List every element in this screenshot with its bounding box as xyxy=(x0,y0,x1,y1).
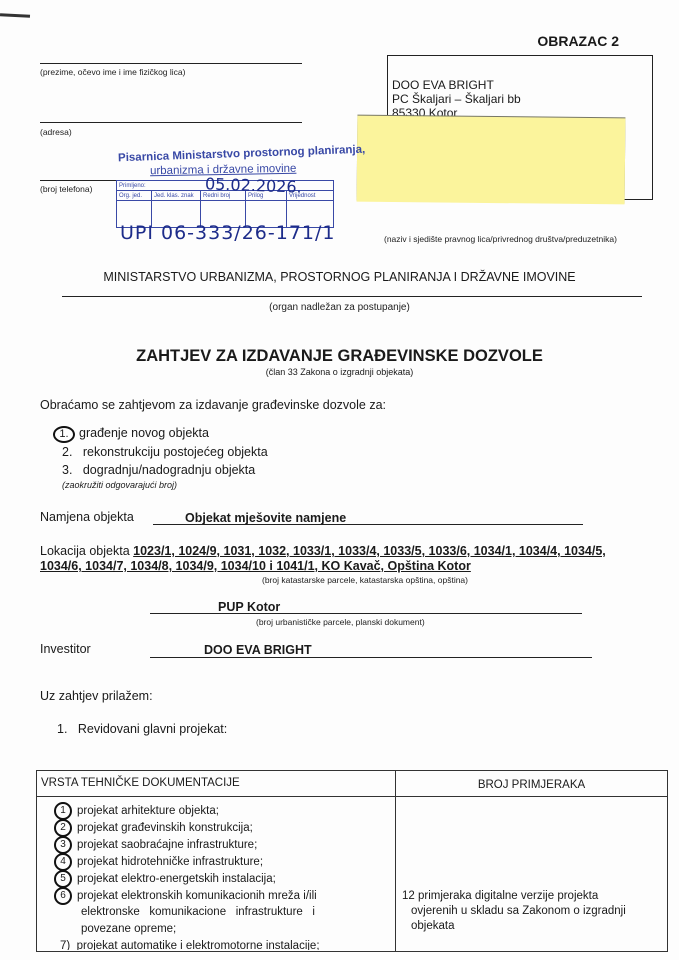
stamp-received-date: 05.02.2026. xyxy=(205,174,302,196)
company-address: DOO EVA BRIGHT PC Škaljari – Škaljari bb… xyxy=(392,78,521,120)
stamp-col-org: Org. jed. xyxy=(117,191,152,201)
copies-line2: ovjerenih u skladu sa Zakonom o izgradnj… xyxy=(402,904,661,919)
company-street: PC Škaljari – Škaljari bb xyxy=(392,92,521,106)
documentation-table: VRSTA TEHNIČKE DOKUMENTACIJE BROJ PRIMJE… xyxy=(36,770,668,952)
investor-value: DOO EVA BRIGHT xyxy=(204,643,312,657)
doc-item-5: 5projekat elektro-energetskih instalacij… xyxy=(38,870,389,887)
location-label: Lokacija objekta xyxy=(40,544,130,558)
doc-item-1: 1projekat arhitekture objekta; xyxy=(38,802,389,819)
doc-item-2: 2projekat građevinskih konstrukcija; xyxy=(38,819,389,836)
option-1-selected-circle: 1. xyxy=(53,426,75,443)
doc-item-7: 7) projekat automatike i elektromotorne … xyxy=(38,938,389,950)
circle-4-icon: 4 xyxy=(54,853,72,871)
address-caption: (adresa) xyxy=(40,127,72,137)
name-line xyxy=(40,63,302,64)
doc-item-6-cont1: elektronske komunikacione infrastrukture… xyxy=(38,904,389,921)
stamp-office-line1: Pisarnica Ministarstvo prostornog planir… xyxy=(118,144,366,165)
doc-item-4-label: projekat hidrotehničke infrastrukture; xyxy=(77,856,263,868)
investor-label: Investitor xyxy=(40,642,91,656)
legal-entity-caption: (naziv i sjedište pravnog lica/privredno… xyxy=(384,234,617,244)
option-2-num: 2. xyxy=(62,445,72,459)
header-doc-type: VRSTA TEHNIČKE DOKUMENTACIJE xyxy=(37,771,396,797)
doc-item-6: 6projekat elektronskih komunikacionih mr… xyxy=(38,887,389,904)
doc-item-3-label: projekat saobraćajne infrastrukture; xyxy=(77,839,257,851)
location-value-line1: 1023/1, 1024/9, 1031, 1032, 1033/1, 1033… xyxy=(133,544,606,558)
doc-item-4: 4projekat hidrotehničke infrastrukture; xyxy=(38,853,389,870)
authority-name: MINISTARSTVO URBANIZMA, PROSTORNOG PLANI… xyxy=(0,270,679,284)
location-row: Lokacija objekta 1023/1, 1024/9, 1031, 1… xyxy=(40,544,606,558)
doc-item-6-cont2: povezane opreme; xyxy=(38,921,389,938)
options-hint: (zaokružiti odgovarajući broj) xyxy=(62,480,177,490)
attachments-intro: Uz zahtjev prilažem: xyxy=(40,689,153,703)
investor-line xyxy=(150,657,592,658)
circle-6-icon: 6 xyxy=(54,887,72,905)
doc-item-1-label: projekat arhitekture objekta; xyxy=(77,805,219,817)
document-title: ZAHTJEV ZA IZDAVANJE GRAĐEVINSKE DOZVOLE xyxy=(0,347,679,366)
plan-line xyxy=(150,613,582,614)
plan-value: PUP Kotor xyxy=(218,600,280,614)
plan-caption: (broj urbanističke parcele, planski doku… xyxy=(256,617,425,627)
option-2-label: rekonstrukciju postojećeg objekta xyxy=(83,445,268,459)
doc-item-2-label: projekat građevinskih konstrukcija; xyxy=(77,822,253,834)
document-subtitle: (član 33 Zakona o izgradnji objekata) xyxy=(0,367,679,377)
doc-list-cell: 1projekat arhitekture objekta; 2projekat… xyxy=(37,797,396,952)
circle-2-icon: 2 xyxy=(54,819,72,837)
authority-line xyxy=(62,296,642,297)
option-1-label: građenje novog objekta xyxy=(79,426,209,440)
copies-line1: 12 primjeraka digitalne verzije projekta xyxy=(402,889,661,904)
circle-5-icon: 5 xyxy=(54,870,72,888)
doc-item-3: 3projekat saobraćajne infrastrukture; xyxy=(38,836,389,853)
stamp-case-number: UPI 06-333/26-171/1 xyxy=(120,222,336,244)
scan-mark xyxy=(0,13,30,18)
sticky-note xyxy=(357,116,626,205)
attachment-1: 1. Revidovani glavni projekat: xyxy=(57,722,227,736)
option-3[interactable]: 3. dogradnju/nadogradnju objekta xyxy=(62,463,255,477)
phone-caption: (broj telefona) xyxy=(40,184,92,194)
option-3-num: 3. xyxy=(62,463,72,477)
address-line xyxy=(40,122,302,123)
authority-caption: (organ nadležan za postupanje) xyxy=(0,302,679,313)
company-name: DOO EVA BRIGHT xyxy=(392,78,521,92)
intro-text: Obraćamo se zahtjevom za izdavanje građe… xyxy=(40,398,386,412)
doc-item-6-label: projekat elektronskih komunikacionih mre… xyxy=(77,890,317,902)
purpose-line xyxy=(153,524,583,525)
name-caption: (prezime, očevo ime i ime fizičkog lica) xyxy=(40,67,185,77)
purpose-label: Namjena objekta xyxy=(40,510,134,524)
stamp-col-class: Jed. klas. znak xyxy=(152,191,201,201)
form-number: OBRAZAC 2 xyxy=(537,33,619,49)
header-copies: BROJ PRIMJERAKA xyxy=(396,771,668,797)
option-2[interactable]: 2. rekonstrukciju postojećeg objekta xyxy=(62,445,268,459)
circle-3-icon: 3 xyxy=(54,836,72,854)
copies-cell: 12 primjeraka digitalne verzije projekta… xyxy=(396,797,668,952)
copies-line3: objekata xyxy=(402,919,661,934)
option-1[interactable]: 1.građenje novog objekta xyxy=(53,426,209,443)
doc-item-5-label: projekat elektro-energetskih instalacija… xyxy=(77,873,276,885)
circle-1-icon: 1 xyxy=(54,802,72,820)
option-3-label: dogradnju/nadogradnju objekta xyxy=(83,463,255,477)
location-caption: (broj katastarske parcele, katastarska o… xyxy=(262,575,468,585)
location-value-line2: 1034/6, 1034/7, 1034/8, 1034/9, 1034/10 … xyxy=(40,559,471,573)
purpose-value: Objekat mješovite namjene xyxy=(185,511,346,525)
